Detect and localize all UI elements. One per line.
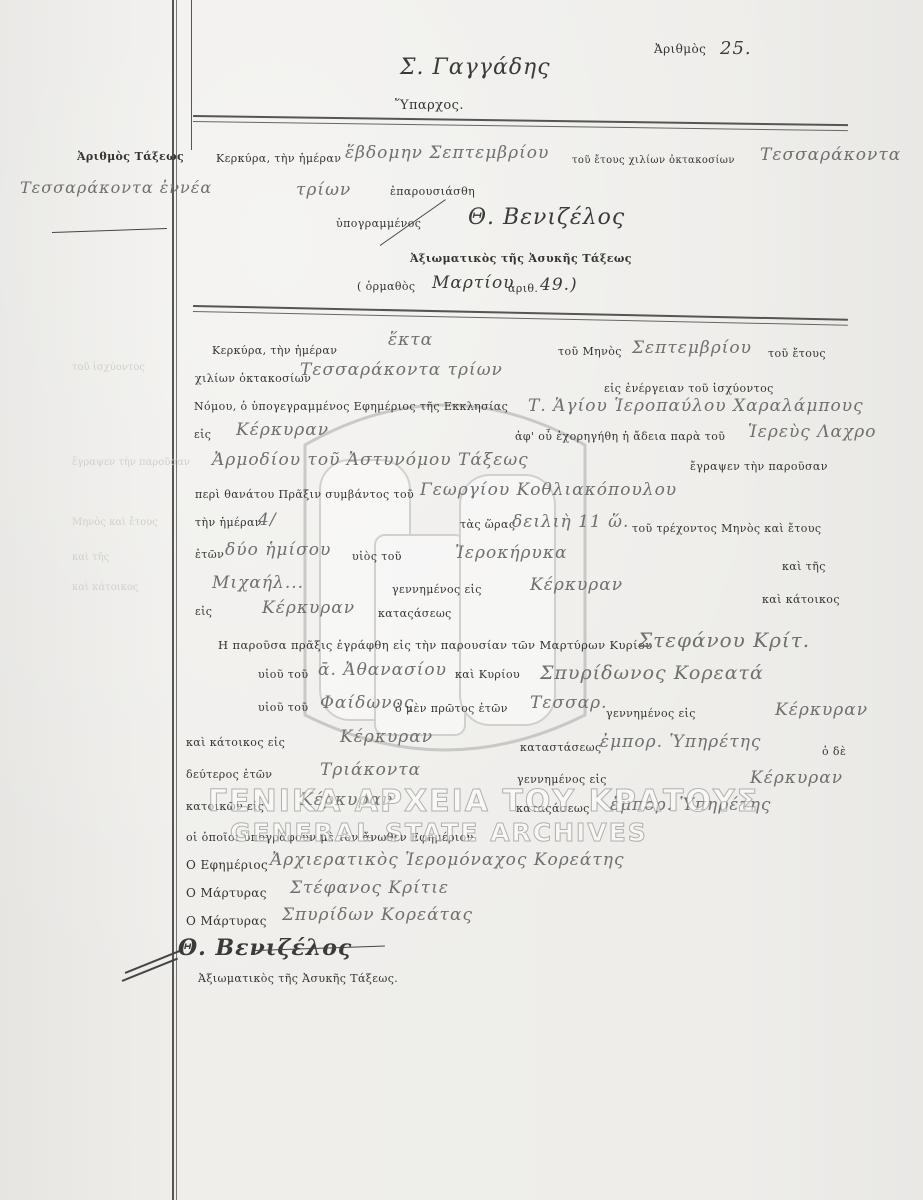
witness1-status: ἐμπορ. Ὑπηρέτης [600,732,761,752]
sequence-number-value: Τεσσαράκοντα ἐννέα [20,178,212,197]
officer-signature: Θ. Βενιζέλος [468,205,625,230]
act-authority: Ἱερεὺς Λαχρο [748,422,877,442]
witness2-name: Σπυρίδωνος Κορεατά [540,662,764,684]
batch-number: 49.) [540,275,578,295]
batch-label: ( ὁρμαθὸς [357,280,415,293]
presentation-year-label: τοῦ ἔτους χιλίων ὀκτακοσίων [572,155,735,166]
act-day: ἕκτα [388,330,433,350]
prefect-signature: Σ. Γαγγάδης [400,55,551,80]
act-year: Τεσσαράκοντα τρίων [300,360,503,380]
officer-final-title: Ἀξιωματικὸς τῆς Ἀσυκῆς Τάξεως. [198,972,398,985]
record-number-value: 25. [720,38,752,59]
act-place-date-label: Κερκύρα, τὴν ἡμέραν [212,344,337,357]
act-and-mister-label: καὶ Κυρίου [455,668,520,681]
bleed-through-text: καὶ τῆς [72,552,109,563]
witness1-signature: Στέφανος Κρίτιε [290,878,449,898]
act-born-label: γεννημένος εἰς [392,583,482,596]
witness1-residence: Κέρκυραν [340,727,433,747]
act-resident-label: καὶ κάτοικος [762,593,840,606]
archives-watermark-english: GENERAL STATE ARCHIVES [230,818,648,847]
sequence-number-label: Ἀριθμὸς Τάξεως [77,150,184,163]
act-the-other-label: ὁ δὲ [822,745,846,758]
act-son-of-label-3: υἱοῦ τοῦ [258,701,308,714]
presented-label: ἐπαρουσιάσθη [390,185,475,198]
presentation-year: Τεσσαράκοντα [760,145,901,165]
act-born-label-2: γεννημένος εἰς [606,707,696,720]
witness2-birthplace: Κέρκυραν [750,768,843,788]
act-authority-cont: Ἀρμοδίου τοῦ Ἀστυνόμου Τάξεως [212,450,529,470]
act-church: Τ. Ἁγίου Ἱεροπαύλου Χαραλάμπους [528,396,864,416]
witness1-age: Τεσσαρ. [530,693,608,713]
act-son-of-label: υἱὸς τοῦ [352,550,402,563]
officer-title: Ἀξιωματικὸς τῆς Ἀσυκῆς Τάξεως [410,252,632,265]
presentation-day: ἕβδομην Σεπτεμβρίου [345,143,549,163]
batch-number-label: ἀριθ. [508,282,538,295]
act-death-label: περὶ θανάτου Πρᾶξιν συμβάντος τοῦ [195,488,414,501]
act-age-label: ἐτῶν [195,548,224,561]
record-number-label: Ἀριθμὸς [654,42,706,56]
act-year-label: τοῦ ἔτους [768,347,826,360]
death-hour: δειλιὴ 11 ὥ. [512,512,629,532]
bleed-through-text: καὶ κάτοικος [72,582,138,593]
act-son-of-label-2: υἱοῦ τοῦ [258,668,308,681]
act-place: Κέρκυραν [236,420,329,440]
act-witness-intro: Η παροῦσα πρᾶξις ἐγράφθη εἰς τὴν παρουσί… [218,638,653,652]
act-wrote-label: ἔγραψεν τὴν παροῦσαν [690,460,828,473]
birthplace: Κέρκυραν [530,575,623,595]
act-status-label-2: καταστάσεως [520,741,602,754]
witness2-signature-label: Ο Μάρτυρας [186,914,267,928]
act-and-label: καὶ τῆς [782,560,826,573]
presentation-year-cont: τρίων [296,180,351,200]
residence: Κέρκυραν [262,598,355,618]
bleed-through-text: ἔγραψεν τὴν παροῦσαν [72,457,190,468]
act-status-label: καταςάσεως [378,607,452,620]
act-current-month-label: τοῦ τρέχοντος Μηνὸς καὶ ἔτους [632,522,821,535]
act-law-label: εἰς ἐνέργειαν τοῦ ἰσχύοντος [604,382,774,395]
act-day-label: τὴν ἡμέραν [195,516,262,529]
act-month-label: τοῦ Μηνὸς [558,345,622,358]
witness1-signature-label: Ο Μάρτυρας [186,886,267,900]
witness1-name: Στεφάνου Κρίτ. [638,628,810,652]
margin-rule-top [191,0,192,150]
batch-month: Μαρτίου [432,273,515,293]
act-priest-label: Νόμου, ὁ ὑπογεγραμμένος Εφημέριος τῆς Εκ… [194,400,508,413]
bleed-through-text: Μηνὸς καὶ ἔτους [72,517,158,528]
witness1-father: ᾱ. Ἀθανασίου [318,660,447,680]
act-month: Σεπτεμβρίου [632,338,752,358]
act-permission-label: ἀφ' οὗ ἐχορηγήθη ἡ ἄδεια παρὰ τοῦ [515,430,725,443]
priest-signature-label: Ο Εφημέριος [186,858,268,872]
mother-name: Μιχαήλ... [212,573,304,593]
act-in-label-2: εἰς [195,605,212,618]
deceased-name: Γεωργίου Κοθλιακόπουλου [420,480,677,500]
act-first-age-label: ὁ μὲν πρῶτος ἐτῶν [395,702,508,715]
act-hour-label: τὰς ὥρας [460,518,515,531]
act-thousand-label: χιλίων ὀκτακοσίων [195,372,311,385]
prefect-title: Ὕπαρχος. [395,98,464,113]
act-in-label: εἰς [194,428,211,441]
death-day: 4/ [258,510,277,530]
archives-watermark-greek: ΓΕΝΙΚΑ ΑΡΧΕΙΑ ΤΟΥ ΚΡΑΤΟΥΣ [208,784,759,819]
priest-signature: Ἀρχιερατικὸς Ἱερομόναχος Κορεάτης [270,850,624,870]
act-resident-in-label: καὶ κάτοικος εἰς [186,736,285,749]
act-second-age-label: δεύτερος ἐτῶν [186,768,272,781]
bleed-through-text: τοῦ ἰσχύοντος [72,362,145,373]
father-name: Ἰεροκήρυκα [455,543,568,563]
presentation-place-date-label: Κερκύρα, τὴν ἡμέραν [216,152,341,165]
deceased-age: δύο ἡμίσου [225,540,331,560]
witness2-signature: Σπυρίδων Κορεάτας [282,905,473,925]
witness2-age: Τριάκοντα [320,760,421,780]
witness1-birthplace: Κέρκυραν [775,700,868,720]
